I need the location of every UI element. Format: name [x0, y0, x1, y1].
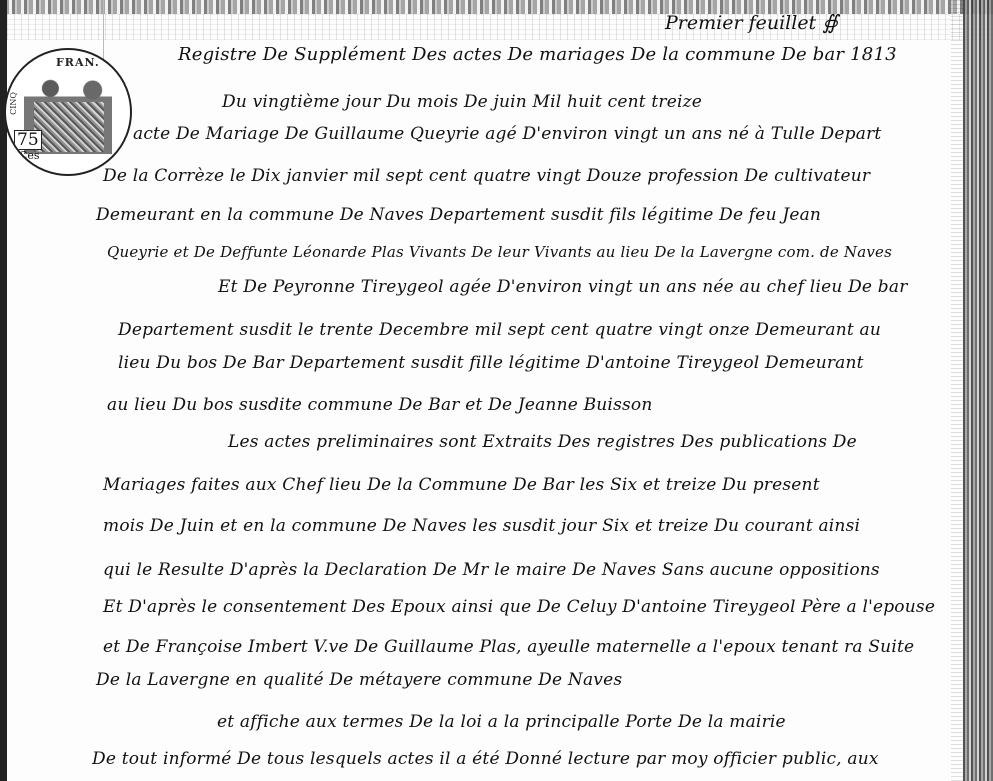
- stamp-unit: Ces: [19, 149, 40, 162]
- document-line: Et D'après le consentement Des Epoux ain…: [103, 597, 935, 617]
- register-title: Registre De Supplément Des actes De mari…: [178, 44, 897, 65]
- stamp-country-text: FRAN.: [56, 56, 100, 69]
- stamp-value: 75: [14, 130, 42, 150]
- document-line: Du vingtième jour Du mois De juin Mil hu…: [222, 92, 702, 112]
- tax-stamp: FRAN. CINQ 75 Ces: [4, 48, 132, 176]
- document-line: au lieu Du bos susdite commune De Bar et…: [107, 395, 653, 415]
- document-page: FRAN. CINQ 75 Ces Premier feuillet∯ Regi…: [0, 0, 993, 781]
- page-label: Premier feuillet∯: [665, 10, 838, 34]
- document-line: De la Lavergne en qualité De métayere co…: [96, 670, 622, 690]
- document-line: Demeurant en la commune De Naves Departe…: [96, 205, 821, 225]
- document-line: lieu Du bos De Bar Departement susdit fi…: [118, 353, 864, 373]
- document-line: Mariages faites aux Chef lieu De la Comm…: [103, 475, 820, 495]
- document-line: Departement susdit le trente Decembre mi…: [118, 320, 881, 340]
- stamp-side-text: CINQ: [9, 92, 18, 115]
- document-line: et De Françoise Imbert V.ve De Guillaume…: [103, 637, 914, 657]
- document-line: Et De Peyronne Tireygeol agée D'environ …: [218, 277, 908, 297]
- document-line: De tout informé De tous lesquels actes i…: [92, 749, 879, 769]
- document-line: acte De Mariage De Guillaume Queyrie agé…: [133, 124, 881, 144]
- document-line: qui le Resulte D'après la Declaration De…: [103, 560, 880, 580]
- document-line: Les actes preliminaires sont Extraits De…: [228, 432, 857, 452]
- page-label-text: Premier feuillet: [665, 12, 816, 34]
- binding-shadow: [951, 0, 963, 781]
- signature-flourish-icon: ∯: [822, 10, 838, 34]
- margin-rule: [103, 0, 104, 60]
- document-line: et affiche aux termes De la loi a la pri…: [217, 712, 786, 732]
- document-line: mois De Juin et en la commune De Naves l…: [103, 516, 860, 536]
- book-binding-edge: [963, 0, 993, 781]
- scan-top-border: [0, 0, 993, 14]
- scan-noise: [0, 14, 993, 40]
- document-line: Queyrie et De Deffunte Léonarde Plas Viv…: [107, 243, 892, 261]
- document-line: De la Corrèze le Dix janvier mil sept ce…: [103, 166, 870, 186]
